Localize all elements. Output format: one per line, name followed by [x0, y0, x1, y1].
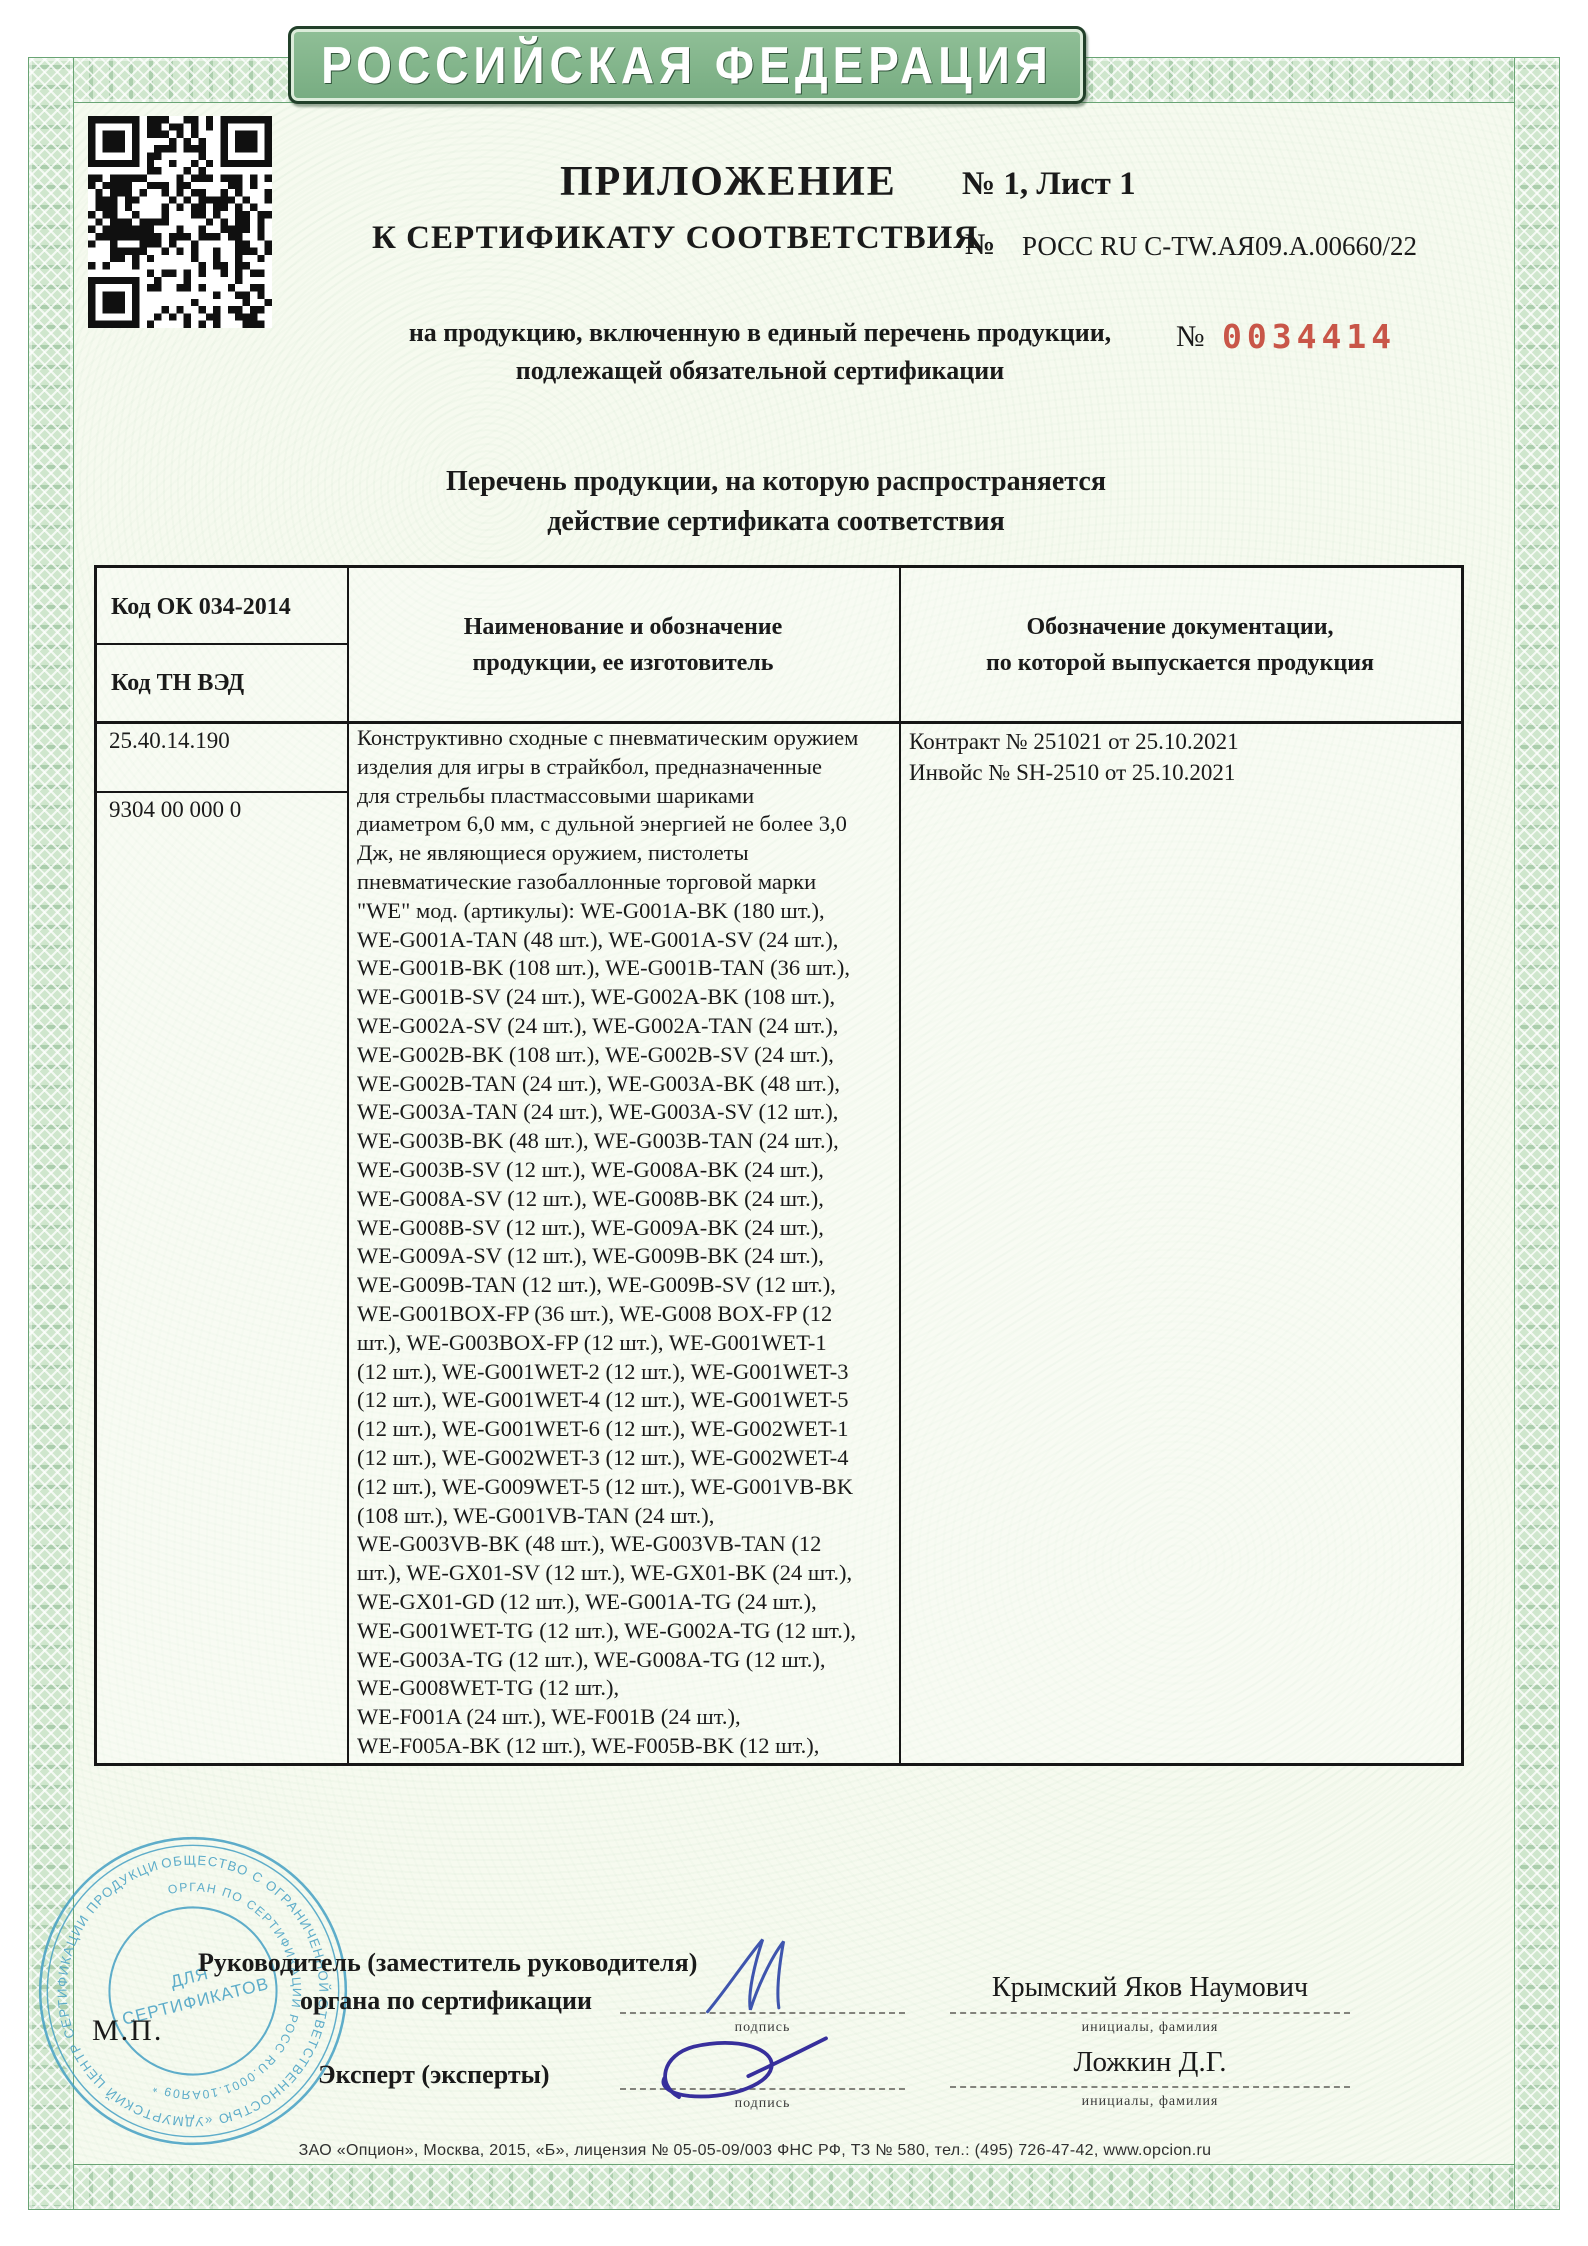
head-name-caption: инициалы, фамилия	[950, 2020, 1350, 2036]
certificate-appendix-page: РОССИЙСКАЯ ФЕДЕРАЦИЯ ПРИЛОЖЕНИЕ № 1, Лис…	[0, 0, 1588, 2246]
appendix-title: ПРИЛОЖЕНИЕ	[560, 158, 897, 206]
guilloche-border-bottom	[28, 2164, 1558, 2210]
cell-code-tnved: 9304 00 000 0	[109, 797, 241, 823]
cell-code-ok: 25.40.14.190	[109, 728, 230, 754]
head-handwritten-signature	[645, 1930, 850, 2025]
head-name: Крымский Яков Наумович	[950, 1972, 1350, 2004]
cell-product-description: Конструктивно сходные с пневматическим о…	[357, 724, 893, 1761]
table-column-divider-2	[899, 568, 901, 1763]
head-of-body-label-line1: Руководитель (заместитель руководителя)	[198, 1948, 697, 1978]
certificate-label: К СЕРТИФИКАТУ СООТВЕТСТВИЯ	[372, 220, 978, 257]
head-of-body-label-line2: органа по сертификации	[300, 1986, 592, 2016]
federation-banner-title: РОССИЙСКАЯ ФЕДЕРАЦИЯ	[321, 35, 1053, 95]
expert-name: Ложкин Д.Г.	[950, 2046, 1350, 2079]
expert-handwritten-signature	[608, 2032, 876, 2116]
certificate-number: РОСС RU C-TW.АЯ09.А.00660/22	[1022, 231, 1417, 262]
product-scope-line1: на продукцию, включенную в единый перече…	[330, 318, 1190, 348]
header-documentation: Обозначение документации, по которой вып…	[901, 568, 1459, 721]
table-column-divider-1	[347, 568, 349, 1763]
products-list-title-line1: Перечень продукции, на которую распростр…	[94, 466, 1458, 498]
blank-serial-number: 0034414	[1222, 317, 1396, 356]
table-code-cell-divider	[97, 791, 347, 793]
certificate-number-sign: №	[965, 228, 995, 262]
expert-label: Эксперт (эксперты)	[318, 2060, 550, 2090]
expert-name-line	[950, 2086, 1350, 2088]
guilloche-border-right	[1514, 57, 1560, 2210]
cell-documentation: Контракт № 251021 от 25.10.2021 Инвойс №…	[909, 726, 1449, 788]
printer-imprint: ЗАО «Опцион», Москва, 2015, «Б», лицензи…	[90, 2142, 1420, 2160]
federation-banner: РОССИЙСКАЯ ФЕДЕРАЦИЯ	[288, 26, 1086, 104]
appendix-sheet-number: № 1, Лист 1	[962, 166, 1136, 203]
qr-code	[88, 116, 272, 328]
header-code-ok: Код ОК 034-2014	[111, 594, 291, 621]
head-name-line	[950, 2012, 1350, 2014]
header-code-tnved: Код ТН ВЭД	[111, 670, 244, 697]
product-scope-line2: подлежащей обязательной сертификации	[330, 356, 1190, 386]
mp-seal-label: М.П.	[92, 2014, 163, 2048]
blank-number-sign: №	[1176, 320, 1205, 354]
expert-name-caption: инициалы, фамилия	[950, 2094, 1350, 2110]
products-table: Код ОК 034-2014 Код ТН ВЭД Наименование …	[94, 565, 1464, 1766]
products-list-title-line2: действие сертификата соответствия	[94, 506, 1458, 538]
table-code-header-divider	[97, 643, 347, 645]
header-product-name: Наименование и обозначение продукции, ее…	[349, 568, 897, 721]
